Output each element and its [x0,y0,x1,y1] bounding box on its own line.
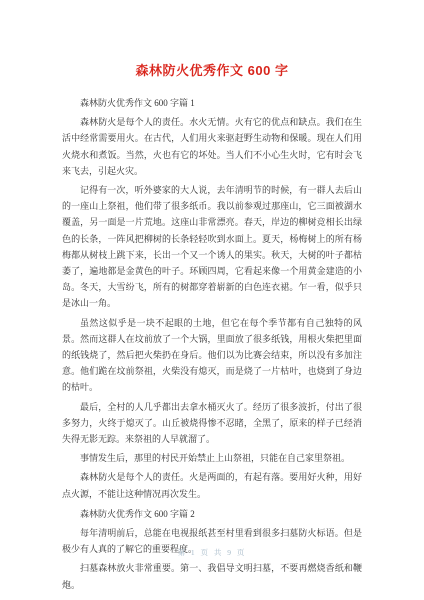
paragraph: 记得有一次，听外婆家的大人说，去年清明节的时候，有一群人去后山的一座山上祭祖，他… [62,182,362,312]
page-number-footer: 第 1 页 共 9 页 [0,547,424,558]
section-heading: 森林防火优秀作文 600 字篇 1 [62,95,362,111]
paragraph: 扫墓森林放火非常重要。第一、我倡导文明扫墓，不要再燃烧香纸和鞭炮。 [62,560,362,592]
document-content: 森林防火优秀作文 600 字 森林防火优秀作文 600 字篇 1森林防火是每个人… [0,0,424,593]
page-title: 森林防火优秀作文 600 字 [62,60,362,79]
paragraph: 森林防火是每个人的责任。水火无情。火有它的优点和缺点。我们在生活中经常需要用火。… [62,114,362,179]
section-heading: 森林防火优秀作文 600 字篇 2 [62,506,362,522]
paragraph: 虽然这似乎是一块不起眼的土地，但它在每个季节都有自己独特的风景。然而这群人在坟前… [62,315,362,396]
paragraph: 最后，全村的人几乎都出去拿水桶灭火了。经历了很多波折，付出了很多努力，火终于熄灭… [62,399,362,448]
paragraph: 事情发生后，那里的村民开始禁止上山祭祖，只能在自己家里祭祖。 [62,450,362,466]
document-page: 森林防火优秀作文 600 字 森林防火优秀作文 600 字篇 1森林防火是每个人… [0,0,424,600]
paragraph: 森林防火是每个人的责任。火是两面的，有起有落。要用好火种，用好点火源，不能让这种… [62,469,362,501]
document-body: 森林防火优秀作文 600 字篇 1森林防火是每个人的责任。水火无情。火有它的优点… [62,95,362,593]
